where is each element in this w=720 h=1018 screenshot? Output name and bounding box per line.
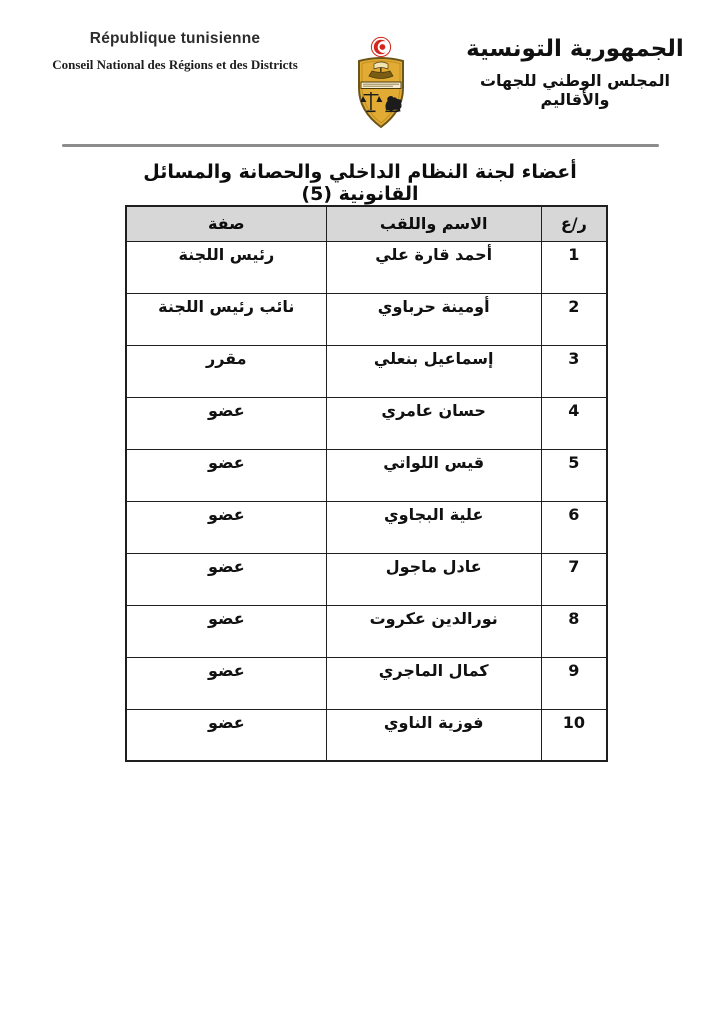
table-row: 4 حسان عامري عضو <box>126 397 607 449</box>
table-row: 1 أحمد قارة علي رئيس اللجنة <box>126 241 607 293</box>
council-name-fr: Conseil National des Régions et des Dist… <box>42 57 308 73</box>
table-row: 9 كمال الماجري عضو <box>126 657 607 709</box>
member-name: علية البجاوي <box>326 501 541 553</box>
org-name-arabic: الجمهورية التونسية المجلس الوطني للجهات … <box>455 36 695 109</box>
table-row: 5 قيس اللواتي عضو <box>126 449 607 501</box>
member-name: أحمد قارة علي <box>326 241 541 293</box>
document-page: République tunisienne Conseil National d… <box>0 0 720 1018</box>
council-name-ar: المجلس الوطني للجهات والأقاليم <box>455 71 695 109</box>
member-name: عادل ماجول <box>326 553 541 605</box>
member-number: 4 <box>541 397 607 449</box>
table-header: ر/ع الاسم واللقب صفة <box>126 206 607 241</box>
member-role: رئيس اللجنة <box>126 241 326 293</box>
member-role: عضو <box>126 605 326 657</box>
table-row: 6 علية البجاوي عضو <box>126 501 607 553</box>
members-table: ر/ع الاسم واللقب صفة 1 أحمد قارة علي رئي… <box>125 205 608 762</box>
member-role: عضو <box>126 657 326 709</box>
member-number: 7 <box>541 553 607 605</box>
column-header-number: ر/ع <box>541 206 607 241</box>
table-row: 2 أومينة حرباوي نائب رئيس اللجنة <box>126 293 607 345</box>
republic-name-ar: الجمهورية التونسية <box>455 36 695 62</box>
member-number: 9 <box>541 657 607 709</box>
member-name: إسماعيل بنعلي <box>326 345 541 397</box>
member-number: 1 <box>541 241 607 293</box>
member-name: حسان عامري <box>326 397 541 449</box>
member-number: 6 <box>541 501 607 553</box>
member-role: عضو <box>126 553 326 605</box>
member-number: 5 <box>541 449 607 501</box>
member-name: فوزية الناوي <box>326 709 541 761</box>
org-name-french: République tunisienne Conseil National d… <box>42 30 308 73</box>
member-number: 10 <box>541 709 607 761</box>
column-header-role: صفة <box>126 206 326 241</box>
republic-name-fr: République tunisienne <box>42 30 308 48</box>
member-name: أومينة حرباوي <box>326 293 541 345</box>
member-number: 8 <box>541 605 607 657</box>
header-divider <box>62 144 659 147</box>
document-title: أعضاء لجنة النظام الداخلي والحصانة والمس… <box>115 161 605 205</box>
member-number: 2 <box>541 293 607 345</box>
member-role: عضو <box>126 709 326 761</box>
member-role: مقرر <box>126 345 326 397</box>
member-role: عضو <box>126 449 326 501</box>
member-name: قيس اللواتي <box>326 449 541 501</box>
member-name: نورالدين عكروت <box>326 605 541 657</box>
tunisia-coat-of-arms-icon <box>349 36 413 130</box>
table-row: 7 عادل ماجول عضو <box>126 553 607 605</box>
member-name: كمال الماجري <box>326 657 541 709</box>
member-number: 3 <box>541 345 607 397</box>
table-row: 8 نورالدين عكروت عضو <box>126 605 607 657</box>
member-role: عضو <box>126 397 326 449</box>
member-role: نائب رئيس اللجنة <box>126 293 326 345</box>
member-role: عضو <box>126 501 326 553</box>
column-header-name: الاسم واللقب <box>326 206 541 241</box>
table-row: 10 فوزية الناوي عضو <box>126 709 607 761</box>
table-row: 3 إسماعيل بنعلي مقرر <box>126 345 607 397</box>
